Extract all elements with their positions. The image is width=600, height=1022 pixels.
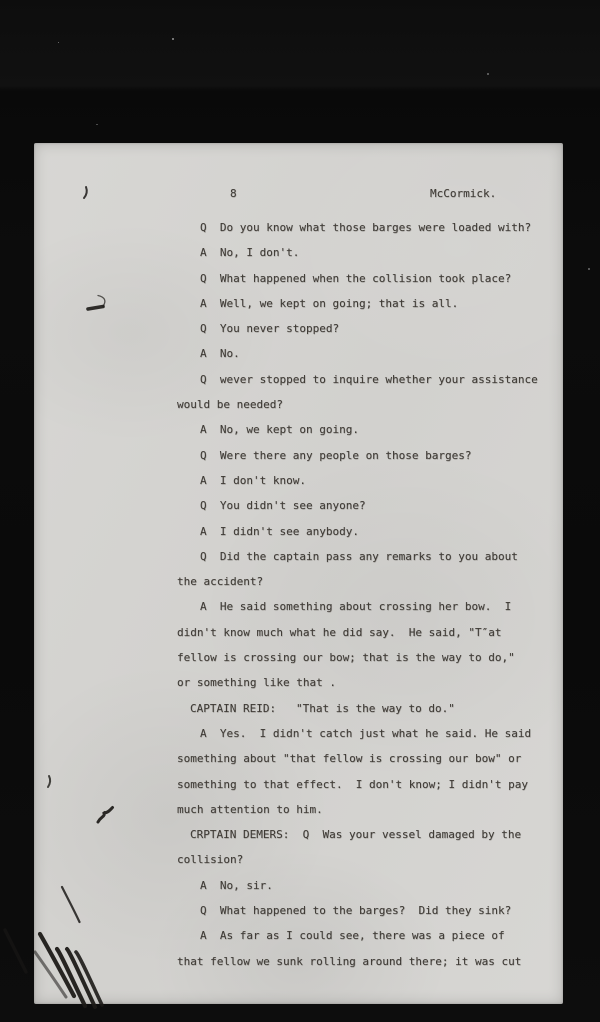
transcript-line: CAPTAIN REID: "That is the way to do." bbox=[190, 696, 557, 721]
transcript-line: Q Do you know what those barges were loa… bbox=[200, 215, 557, 240]
transcript-line: Q wever stopped to inquire whether your … bbox=[200, 367, 557, 392]
transcript-lines: Q Do you know what those barges were loa… bbox=[177, 215, 557, 974]
page-number: 8 bbox=[230, 187, 237, 200]
transcript-line: much attention to him. bbox=[177, 797, 557, 822]
transcript-line: Q Were there any people on those barges? bbox=[200, 443, 557, 468]
transcript-line: Q You never stopped? bbox=[200, 316, 557, 341]
dust-speck bbox=[96, 124, 98, 125]
dust-speck bbox=[487, 73, 489, 75]
transcript-line: would be needed? bbox=[177, 392, 557, 417]
transcript-line: A Well, we kept on going; that is all. bbox=[200, 291, 557, 316]
transcript-line: A No. bbox=[200, 341, 557, 366]
transcript-line: that fellow we sunk rolling around there… bbox=[177, 949, 557, 974]
transcript-line: A No, we kept on going. bbox=[200, 417, 557, 442]
transcript-line: A I didn't see anybody. bbox=[200, 519, 557, 544]
transcript-line: something about "that fellow is crossing… bbox=[177, 746, 557, 771]
transcript-line: A Yes. I didn't catch just what he said.… bbox=[200, 721, 557, 746]
dust-speck bbox=[172, 38, 174, 40]
dust-speck bbox=[588, 268, 590, 270]
transcript-line: something to that effect. I don't know; … bbox=[177, 772, 557, 797]
transcript-line: Q Did the captain pass any remarks to yo… bbox=[200, 544, 557, 569]
transcript-line: A I don't know. bbox=[200, 468, 557, 493]
transcript-line: or something like that . bbox=[177, 670, 557, 695]
transcript-line: fellow is crossing our bow; that is the … bbox=[177, 645, 557, 670]
transcript-line: Q What happened to the barges? Did they … bbox=[200, 898, 557, 923]
transcript-line: A No, sir. bbox=[200, 873, 557, 898]
transcript-line: the accident? bbox=[177, 569, 557, 594]
transcript-line: CRPTAIN DEMERS: Q Was your vessel damage… bbox=[190, 822, 557, 847]
transcript-line: A He said something about crossing her b… bbox=[200, 594, 557, 619]
witness-name: McCormick. bbox=[430, 187, 496, 200]
transcript-line: didn't know much what he did say. He sai… bbox=[177, 620, 557, 645]
document-page: 8 McCormick. Q Do you know what those ba… bbox=[34, 143, 563, 1004]
transcript-line: A As far as I could see, there was a pie… bbox=[200, 923, 557, 948]
dust-speck bbox=[58, 42, 59, 43]
transcript-line: Q You didn't see anyone? bbox=[200, 493, 557, 518]
transcript-line: collision? bbox=[177, 847, 557, 872]
transcript-line: A No, I don't. bbox=[200, 240, 557, 265]
transcript-line: Q What happened when the collision took … bbox=[200, 266, 557, 291]
